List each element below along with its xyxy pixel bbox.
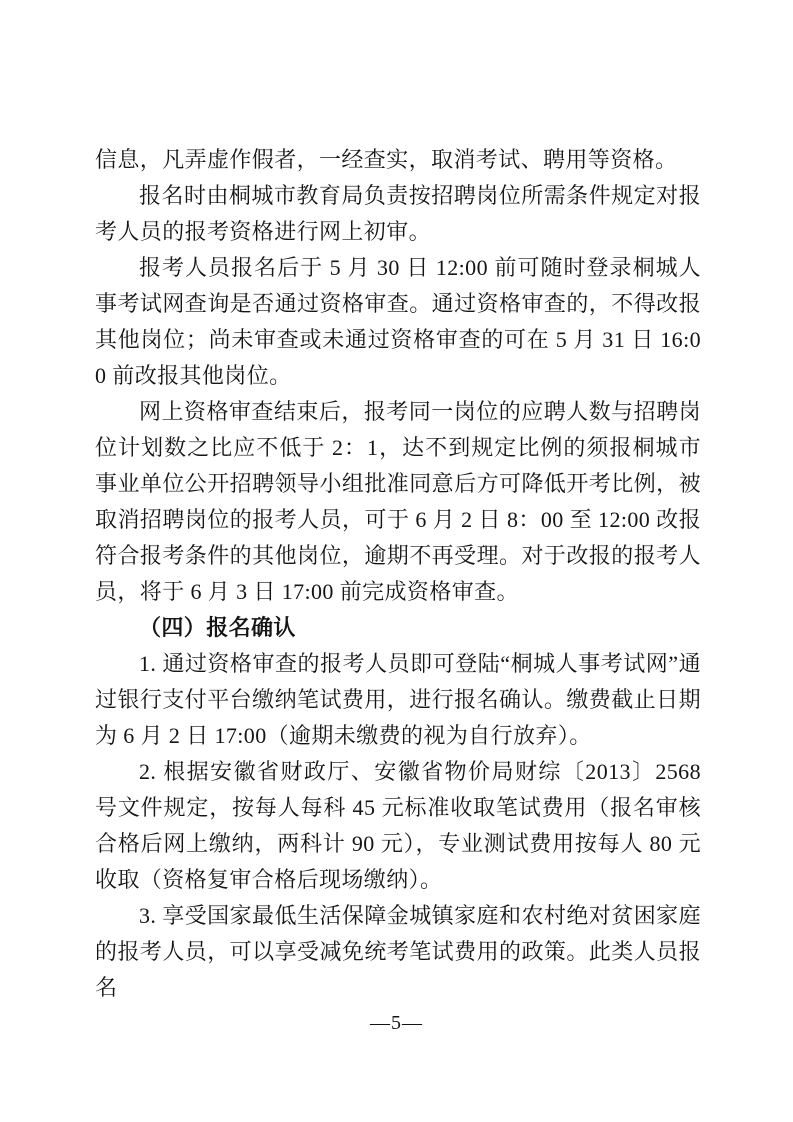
paragraph: 报考人员报名后于 5 月 30 日 12:00 前可随时登录桐城人事考试网查询是… bbox=[95, 250, 701, 394]
paragraph: 3. 享受国家最低生活保障金城镇家庭和农村绝对贫困家庭的报考人员，可以享受减免统… bbox=[95, 898, 701, 1006]
paragraph: 报名时由桐城市教育局负责按招聘岗位所需条件规定对报考人员的报考资格进行网上初审。 bbox=[95, 178, 701, 250]
paragraph: 2. 根据安徽省财政厅、安徽省物价局财综〔2013〕2568 号文件规定，按每人… bbox=[95, 754, 701, 898]
paragraph: 网上资格审查结束后，报考同一岗位的应聘人数与招聘岗位计划数之比应不低于 2：1，… bbox=[95, 394, 701, 610]
paragraph-continuation: 信息，凡弄虚作假者，一经查实，取消考试、聘用等资格。 bbox=[95, 142, 701, 178]
paragraph: 1. 通过资格审查的报考人员即可登陆“桐城人事考试网”通过银行支付平台缴纳笔试费… bbox=[95, 646, 701, 754]
section-heading: （四）报名确认 bbox=[95, 610, 701, 646]
page-number: —5— bbox=[0, 1012, 793, 1035]
document-page: 信息，凡弄虚作假者，一经查实，取消考试、聘用等资格。 报名时由桐城市教育局负责按… bbox=[0, 0, 793, 1122]
